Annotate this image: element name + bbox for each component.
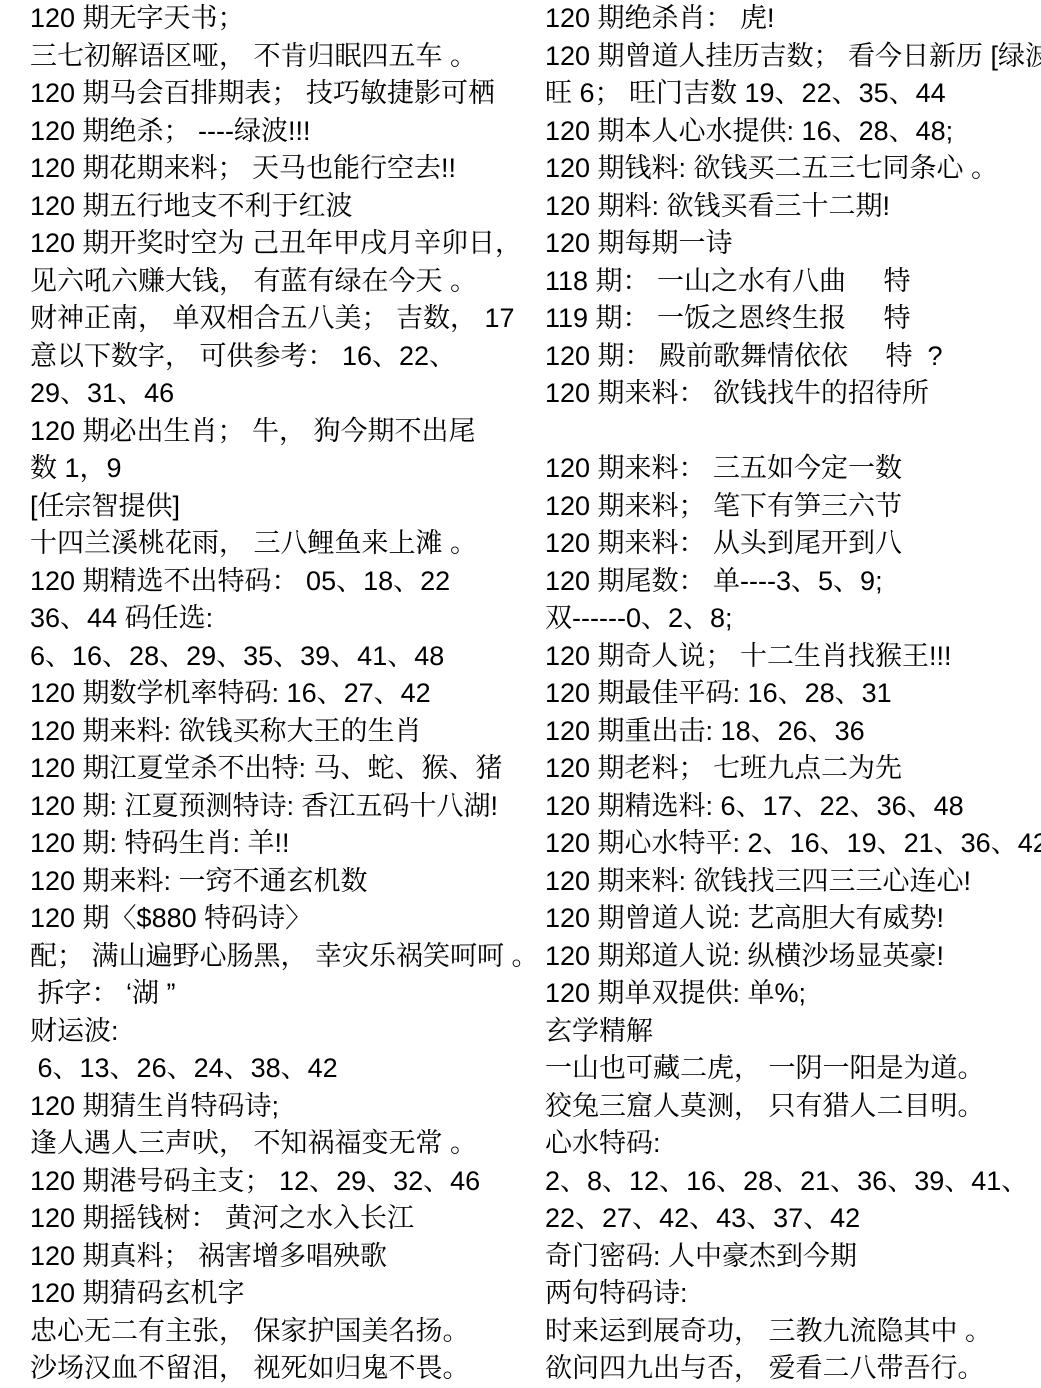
text-line: 配； 满山遍野心肠黑， 幸灾乐祸笑呵呵 。: [30, 938, 535, 976]
text-line: 一山也可藏二虎， 一阴一阳是为道。: [545, 1050, 1041, 1088]
text-line: 沙场汉血不留泪， 视死如归鬼不畏。: [30, 1350, 535, 1388]
text-line: 狡兔三窟人莫测， 只有猎人二目明。: [545, 1088, 1041, 1126]
text-line: 120 期猜码玄机字: [30, 1275, 535, 1313]
text-line: 120 期五行地支不利于红波: [30, 188, 535, 226]
text-line: 120 期尾数： 单----3、5、9;: [545, 563, 1041, 601]
text-line: 玄学精解: [545, 1013, 1041, 1051]
text-line: 120 期开奖时空为 己丑年甲戌月辛卯日，: [30, 225, 535, 263]
text-line: 120 期单双提供: 单%;: [545, 975, 1041, 1013]
text-line: 120 期花期来料； 天马也能行空去!!: [30, 150, 535, 188]
text-line: 120 期曾道人说: 艺高胆大有威势!: [545, 900, 1041, 938]
left-column: 120 期无字天书；三七初解语区哑， 不肯归眠四五车 。120 期马会百排期表；…: [30, 0, 535, 1388]
text-line: 120 期钱料: 欲钱买二五三七同条心 。: [545, 150, 1041, 188]
text-line: 120 期数学机率特码: 16、27、42: [30, 675, 535, 713]
text-line: [任宗智提供]: [30, 488, 535, 526]
text-line: 120 期来料: 欲钱买称大王的生肖: [30, 713, 535, 751]
text-line: 三七初解语区哑， 不肯归眠四五车 。: [30, 38, 535, 76]
text-line: 120 期心水特平: 2、16、19、21、36、42。: [545, 825, 1041, 863]
text-line: 奇门密码: 人中豪杰到今期: [545, 1238, 1041, 1276]
text-line: 120 期每期一诗: [545, 225, 1041, 263]
text-line: 120 期: 江夏预测特诗: 香江五码十八湖!: [30, 788, 535, 826]
text-line: 忠心无二有主张， 保家护国美名扬。: [30, 1313, 535, 1351]
text-line: 120 期来料； 笔下有笋三六节: [545, 488, 1041, 526]
text-line: 6、13、26、24、38、42: [30, 1050, 535, 1088]
text-line: 120 期曾道人挂历吉数； 看今日新历 [绿波: [545, 38, 1041, 76]
text-line: 两句特码诗:: [545, 1275, 1041, 1313]
text-line: 120 期真料； 祸害增多唱殃歌: [30, 1238, 535, 1276]
text-line: 120 期无字天书；: [30, 0, 535, 38]
text-line: 36、44 码任选:: [30, 600, 535, 638]
text-line: 120 期最佳平码: 16、28、31: [545, 675, 1041, 713]
text-line: 意以下数字， 可供参考： 16、22、: [30, 338, 535, 376]
text-line: 6、16、28、29、35、39、41、48: [30, 638, 535, 676]
text-line: 120 期老料； 七班九点二为先: [545, 750, 1041, 788]
text-line: 双------0、2、8;: [545, 600, 1041, 638]
text-line: 心水特码:: [545, 1125, 1041, 1163]
text-line: 120 期猜生肖特码诗;: [30, 1088, 535, 1126]
text-line: 欲问四九出与否， 爱看二八带吾行。: [545, 1350, 1041, 1388]
text-line: 120 期重出击: 18、26、36: [545, 713, 1041, 751]
text-line: 120 期来料: 一窍不通玄机数: [30, 863, 535, 901]
text-line: 120 期来料: 欲钱找三四三三心连心!: [545, 863, 1041, 901]
text-line: 120 期本人心水提供: 16、28、48;: [545, 113, 1041, 151]
text-line: 120 期精选料: 6、17、22、36、48: [545, 788, 1041, 826]
text-line: 数 1，9: [30, 450, 535, 488]
text-line: 财神正南， 单双相合五八美； 吉数， 17: [30, 300, 535, 338]
text-line: 120 期绝杀肖： 虎!: [545, 0, 1041, 38]
text-line: 时来运到展奇功， 三教九流隐其中 。: [545, 1313, 1041, 1351]
text-line: 120 期料: 欲钱买看三十二期!: [545, 188, 1041, 226]
right-column: 120 期绝杀肖： 虎!120 期曾道人挂历吉数； 看今日新历 [绿波旺 6； …: [545, 0, 1041, 1388]
text-line: 29、31、46: [30, 375, 535, 413]
text-line: 120 期来料： 三五如今定一数: [545, 450, 1041, 488]
text-line: 120 期郑道人说: 纵横沙场显英豪!: [545, 938, 1041, 976]
text-line: 120 期必出生肖； 牛， 狗今期不出尾: [30, 413, 535, 451]
text-line: 120 期精选不出特码： 05、18、22: [30, 563, 535, 601]
text-line: 120 期奇人说； 十二生肖找猴王!!!: [545, 638, 1041, 676]
text-line: 120 期〈$880 特码诗〉: [30, 900, 535, 938]
text-line: 22、27、42、43、37、42: [545, 1200, 1041, 1238]
text-line: 120 期来料： 从头到尾开到八: [545, 525, 1041, 563]
text-line: 2、8、12、16、28、21、36、39、41、: [545, 1163, 1041, 1201]
text-line: 120 期： 殿前歌舞情依依 特 ?: [545, 338, 1041, 376]
text-line: 120 期江夏堂杀不出特: 马、蛇、猴、猪: [30, 750, 535, 788]
text-line: 120 期: 特码生肖: 羊!!: [30, 825, 535, 863]
text-line: 120 期绝杀； ----绿波!!!: [30, 113, 535, 151]
text-line: 财运波:: [30, 1013, 535, 1051]
text-line: 120 期摇钱树： 黄河之水入长江: [30, 1200, 535, 1238]
text-line: 旺 6； 旺门吉数 19、22、35、44: [545, 75, 1041, 113]
text-line: 拆字： ‘湖 ”: [30, 975, 535, 1013]
text-line: 见六吼六赚大钱， 有蓝有绿在今天 。: [30, 263, 535, 301]
document-page: 120 期无字天书；三七初解语区哑， 不肯归眠四五车 。120 期马会百排期表；…: [0, 0, 1041, 1388]
text-line: [545, 413, 1041, 451]
text-line: 逢人遇人三声吠， 不知祸福变无常 。: [30, 1125, 535, 1163]
text-line: 119 期： 一饭之恩终生报 特: [545, 300, 1041, 338]
text-line: 120 期来料： 欲钱找牛的招待所: [545, 375, 1041, 413]
text-line: 十四兰溪桃花雨， 三八鲤鱼来上滩 。: [30, 525, 535, 563]
text-line: 120 期马会百排期表； 技巧敏捷影可栖: [30, 75, 535, 113]
text-line: 118 期： 一山之水有八曲 特: [545, 263, 1041, 301]
text-line: 120 期港号码主支； 12、29、32、46: [30, 1163, 535, 1201]
